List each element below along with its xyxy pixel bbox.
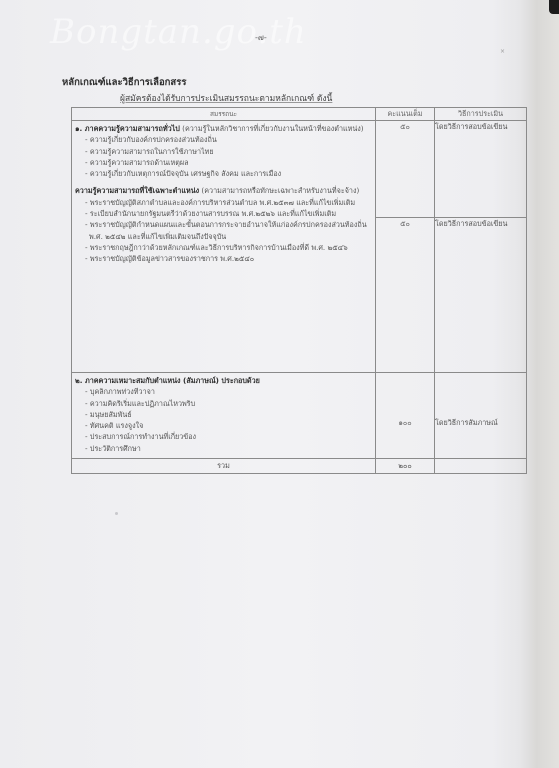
section-1b: ความรู้ความสามารถที่ใช้เฉพาะตำแหน่ง (ควา…	[75, 185, 371, 196]
list-item: - มนุษยสัมพันธ์	[75, 409, 371, 420]
watermark: Bongtan.go.th	[50, 12, 307, 52]
list-item: - พระราชบัญญัติข้อมูลข่าวสารของราชการ พ.…	[75, 253, 371, 264]
score-section-1: ๕๐	[376, 121, 435, 218]
header-competency: สมรรถนะ	[72, 108, 376, 121]
score-section-1b: ๕๐	[376, 218, 435, 373]
table-row: ๒. ภาคความเหมาะสมกับตำแหน่ง (สัมภาษณ์) ป…	[72, 373, 527, 459]
scan-dot	[115, 512, 118, 515]
list-item: - พระราชกฤษฎีกาว่าด้วยหลักเกณฑ์และวิธีกา…	[75, 242, 371, 253]
total-method-empty	[435, 459, 527, 474]
competency-cell-interview: ๒. ภาคความเหมาะสมกับตำแหน่ง (สัมภาษณ์) ป…	[72, 373, 376, 459]
list-item: - ทัศนคติ แรงจูงใจ	[75, 420, 371, 431]
section-1-note: (ความรู้ในหลักวิชาการที่เกี่ยวกับงานในหน…	[182, 124, 363, 133]
table-row: ๑. ภาคความรู้ความสามารถทั่วไป (ความรู้ใน…	[72, 121, 527, 218]
header-full-score: คะแนนเต็ม	[376, 108, 435, 121]
method-section-1: โดยวิธีการสอบข้อเขียน	[435, 121, 527, 218]
page-number: -๗-	[255, 31, 267, 44]
table-header-row: สมรรถนะ คะแนนเต็ม วิธีการประเมิน	[72, 108, 527, 121]
section-1b-title: ความรู้ความสามารถที่ใช้เฉพาะตำแหน่ง	[75, 186, 199, 195]
section-1b-note: (ความสามารถหรือทักษะเฉพาะสำหรับงานที่จะจ…	[201, 186, 359, 195]
list-item: - บุคลิกภาพท่วงทีวาจา	[75, 386, 371, 397]
total-score: ๒๐๐	[376, 459, 435, 474]
section-1-title: ๑. ภาคความรู้ความสามารถทั่วไป	[75, 124, 180, 133]
list-item: - ประวัติการศึกษา	[75, 443, 371, 454]
total-row: รวม ๒๐๐	[72, 459, 527, 474]
section-1: ๑. ภาคความรู้ความสามารถทั่วไป (ความรู้ใน…	[75, 123, 371, 134]
score-section-2: ๑๐๐	[376, 373, 435, 459]
list-item: - พระราชบัญญัติกำหนดแผนและขั้นตอนการกระจ…	[75, 219, 371, 242]
criteria-table: สมรรถนะ คะแนนเต็ม วิธีการประเมิน ๑. ภาคค…	[71, 107, 527, 474]
section-subheading: ผู้สมัครต้องได้รับการประเมินสมรรถนะตามหล…	[120, 91, 332, 105]
scan-speck: ×	[500, 48, 505, 55]
section-heading: หลักเกณฑ์และวิธีการเลือกสรร	[62, 75, 186, 90]
list-item: - ความรู้ความสามารถในการใช้ภาษาไทย	[75, 146, 371, 157]
list-item: - ความรู้ความสามารถด้านเหตุผล	[75, 157, 371, 168]
method-section-2: โดยวิธีการสัมภาษณ์	[435, 373, 527, 459]
page-corner-shadow	[549, 0, 559, 14]
list-item: - ความรู้เกี่ยวกับเหตุการณ์ปัจจุบัน เศรษ…	[75, 168, 371, 179]
method-section-1b: โดยวิธีการสอบข้อเขียน	[435, 218, 527, 373]
list-item: - พระราชบัญญัติสภาตำบลและองค์การบริหารส่…	[75, 197, 371, 208]
list-item: - ความคิดริเริ่มและปฏิภาณไหวพริบ	[75, 398, 371, 409]
list-item: - ความรู้เกี่ยวกับองค์กรปกครองส่วนท้องถิ…	[75, 134, 371, 145]
list-item: - ประสบการณ์การทำงานที่เกี่ยวข้อง	[75, 431, 371, 442]
total-label: รวม	[72, 459, 376, 474]
competency-cell-written: ๑. ภาคความรู้ความสามารถทั่วไป (ความรู้ใน…	[72, 121, 376, 373]
header-assessment-method: วิธีการประเมิน	[435, 108, 527, 121]
list-item: - ระเบียบสำนักนายกรัฐมนตรีว่าด้วยงานสารบ…	[75, 208, 371, 219]
scanned-page: Bongtan.go.th -๗- × หลักเกณฑ์และวิธีการเ…	[0, 0, 559, 768]
section-2-title: ๒. ภาคความเหมาะสมกับตำแหน่ง (สัมภาษณ์) ป…	[75, 375, 371, 386]
